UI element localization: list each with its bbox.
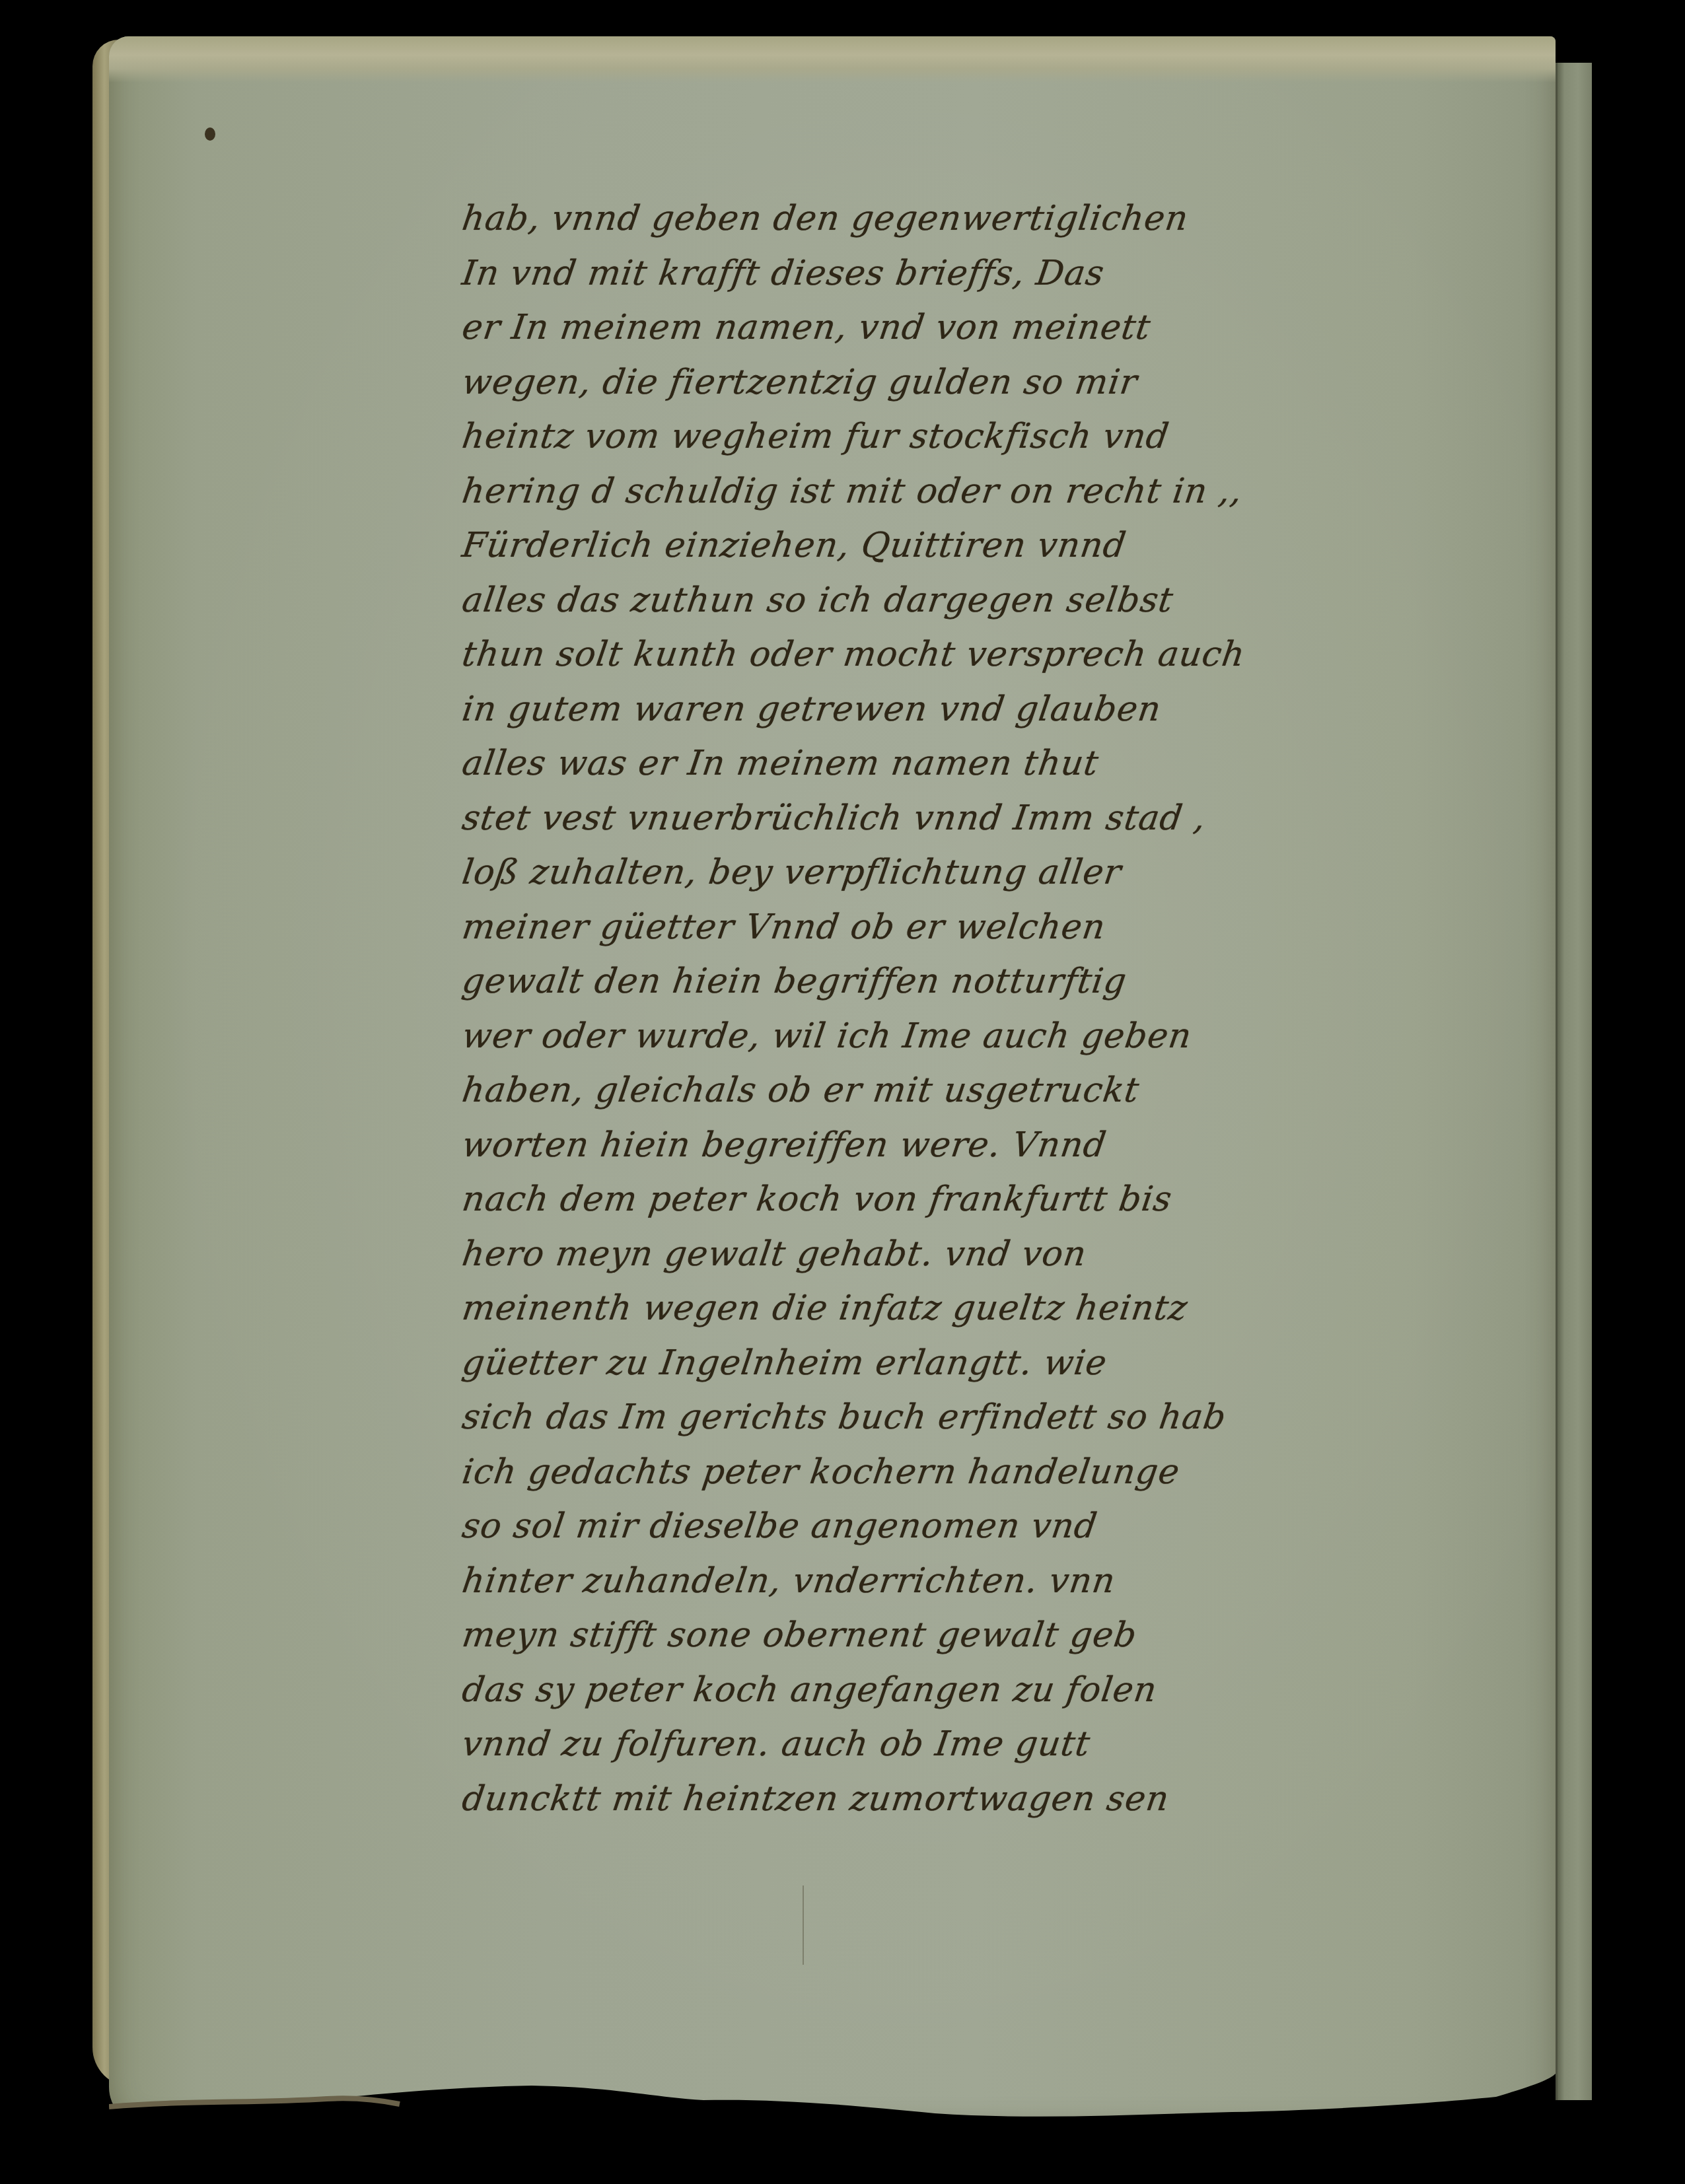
text-line-6: hering d schuldig ist mit oder on recht … bbox=[458, 464, 1563, 519]
text-line-8: alles das zuthun so ich dargegen selbst bbox=[458, 573, 1563, 628]
text-line-26: hinter zuhandeln, vnderrichten. vnn bbox=[458, 1554, 1563, 1609]
text-line-3: er In meinem namen, vnd von meinett bbox=[458, 300, 1563, 355]
scan-background: hab, vnnd geben den gegenwertiglichen In… bbox=[0, 0, 1685, 2184]
text-line-4: wegen, die fiertzentzig gulden so mir bbox=[458, 355, 1563, 410]
text-line-5: heintz vom wegheim fur stockfisch vnd bbox=[458, 409, 1563, 464]
text-line-29: vnnd zu folfuren. auch ob Ime gutt bbox=[458, 1717, 1563, 1772]
text-line-11: alles was er In meinem namen thut bbox=[458, 736, 1563, 791]
text-line-17: haben, gleichals ob er mit usgetruckt bbox=[458, 1063, 1563, 1118]
damaged-top-edge bbox=[109, 36, 1556, 83]
paper-crease bbox=[803, 1885, 804, 1965]
text-line-20: hero meyn gewalt gehabt. vnd von bbox=[458, 1227, 1563, 1282]
text-line-23: sich das Im gerichts buch erfindett so h… bbox=[458, 1390, 1563, 1445]
text-line-21: meinenth wegen die infatz gueltz heintz bbox=[458, 1281, 1563, 1336]
book-gutter bbox=[1556, 63, 1592, 2100]
text-line-12: stet vest vnuerbrüchlich vnnd Imm stad , bbox=[458, 791, 1563, 846]
text-line-9: thun solt kunth oder mocht versprech auc… bbox=[458, 627, 1563, 682]
text-line-7: Fürderlich einziehen, Quittiren vnnd bbox=[458, 518, 1563, 573]
torn-bottom-edge bbox=[109, 2074, 1556, 2133]
text-line-25: so sol mir dieselbe angenomen vnd bbox=[458, 1499, 1563, 1554]
text-line-30: duncktt mit heintzen zumortwagen sen bbox=[458, 1772, 1563, 1827]
text-line-2: In vnd mit krafft dieses brieffs, Das bbox=[458, 246, 1563, 301]
text-line-24: ich gedachts peter kochern handelunge bbox=[458, 1445, 1563, 1500]
text-line-27: meyn stifft sone obernent gewalt geb bbox=[458, 1608, 1563, 1663]
text-line-13: loß zuhalten, bey verpflichtung aller bbox=[458, 845, 1563, 900]
text-line-14: meiner güetter Vnnd ob er welchen bbox=[458, 900, 1563, 955]
text-line-28: das sy peter koch angefangen zu folen bbox=[458, 1663, 1563, 1718]
text-line-18: worten hiein begreiffen were. Vnnd bbox=[458, 1118, 1563, 1173]
text-line-19: nach dem peter koch von frankfurtt bis bbox=[458, 1172, 1563, 1227]
handwritten-text-block: hab, vnnd geben den gegenwertiglichen In… bbox=[462, 192, 1559, 1826]
ink-dot-mark bbox=[205, 127, 215, 141]
text-line-16: wer oder wurde, wil ich Ime auch geben bbox=[458, 1009, 1563, 1064]
text-line-22: güetter zu Ingelnheim erlangtt. wie bbox=[458, 1336, 1563, 1391]
text-line-15: gewalt den hiein begriffen notturftig bbox=[458, 954, 1563, 1009]
text-line-1: hab, vnnd geben den gegenwertiglichen bbox=[458, 192, 1563, 246]
text-line-10: in gutem waren getrewen vnd glauben bbox=[458, 682, 1563, 737]
